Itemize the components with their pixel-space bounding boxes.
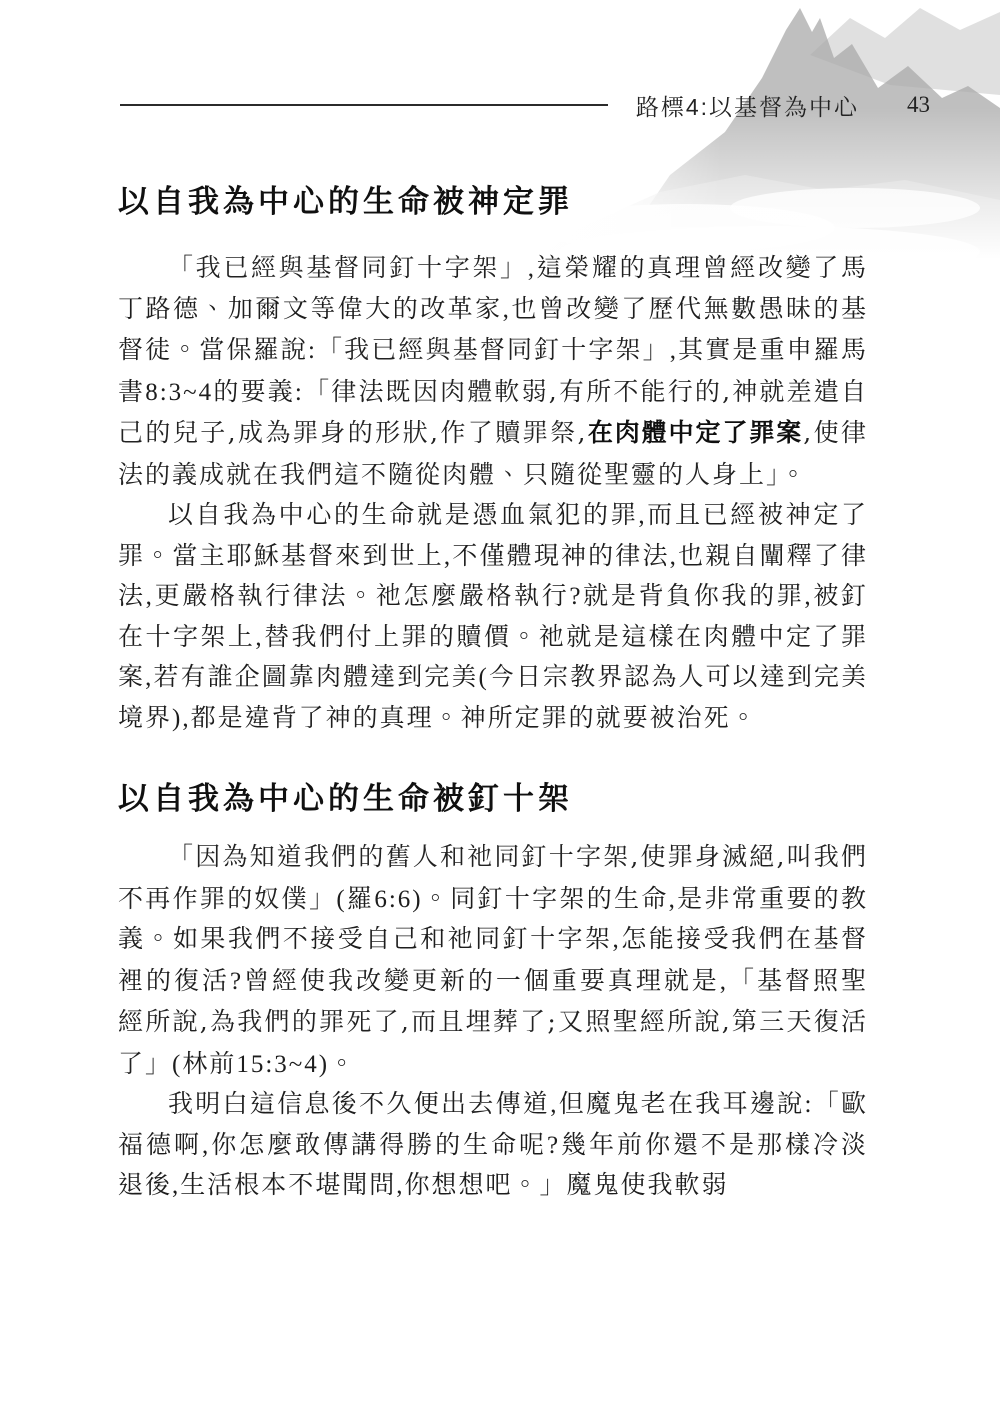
running-head-title: 路標4:以基督為中心 <box>636 89 859 122</box>
body-paragraph: 「因為知道我們的舊人和祂同釘十字架,使罪身滅絕,叫我們不再作罪的奴僕」(羅6:6… <box>118 837 868 1085</box>
text-segment-quote: 「我已經與基督同釘十字架」 <box>168 253 528 282</box>
page-header: 路標4:以基督為中心 43 <box>120 92 930 118</box>
text-segment-normal: 。 <box>781 462 808 489</box>
body-paragraph: 以自我為中心的生命就是憑血氣犯的罪,而且已經被神定了罪。當主耶穌基督來到世上,不… <box>118 496 868 739</box>
header-rule <box>120 104 608 106</box>
text-segment-bold: 在肉體中定了罪案 <box>587 419 803 447</box>
body-paragraph: 我明白這信息後不久便出去傳道,但魔鬼老在我耳邊說:「歐福德啊,你怎麼敢傳講得勝的… <box>118 1085 868 1207</box>
text-segment-normal: (林前15:3~4)。 <box>172 1051 356 1078</box>
page-number: 43 <box>907 92 930 118</box>
text-segment-normal: 以自我為中心的生命就是憑血氣犯的罪,而且已經被神定了罪。當主耶穌基督來到世上,不… <box>118 502 868 732</box>
body-paragraph: 「我已經與基督同釘十字架」,這榮耀的真理曾經改變了馬丁路德、加爾文等偉大的改革家… <box>118 248 868 496</box>
text-segment-normal: 我明白這信息後不久便出去傳道,但魔鬼老在我耳邊說:「歐福德啊,你怎麼敢傳講得勝的… <box>118 1091 868 1199</box>
section-heading-crucified: 以自我為中心的生命被釘十架 <box>118 779 868 819</box>
text-segment-quote: 「我已經與基督同釘十字架」 <box>317 335 670 364</box>
page-content: 以自我為中心的生命被神定罪 「我已經與基督同釘十字架」,這榮耀的真理曾經改變了馬… <box>118 182 868 1207</box>
book-page: 路標4:以基督為中心 43 以自我為中心的生命被神定罪 「我已經與基督同釘十字架… <box>0 0 1000 1403</box>
section-heading-condemned: 以自我為中心的生命被神定罪 <box>118 182 868 222</box>
